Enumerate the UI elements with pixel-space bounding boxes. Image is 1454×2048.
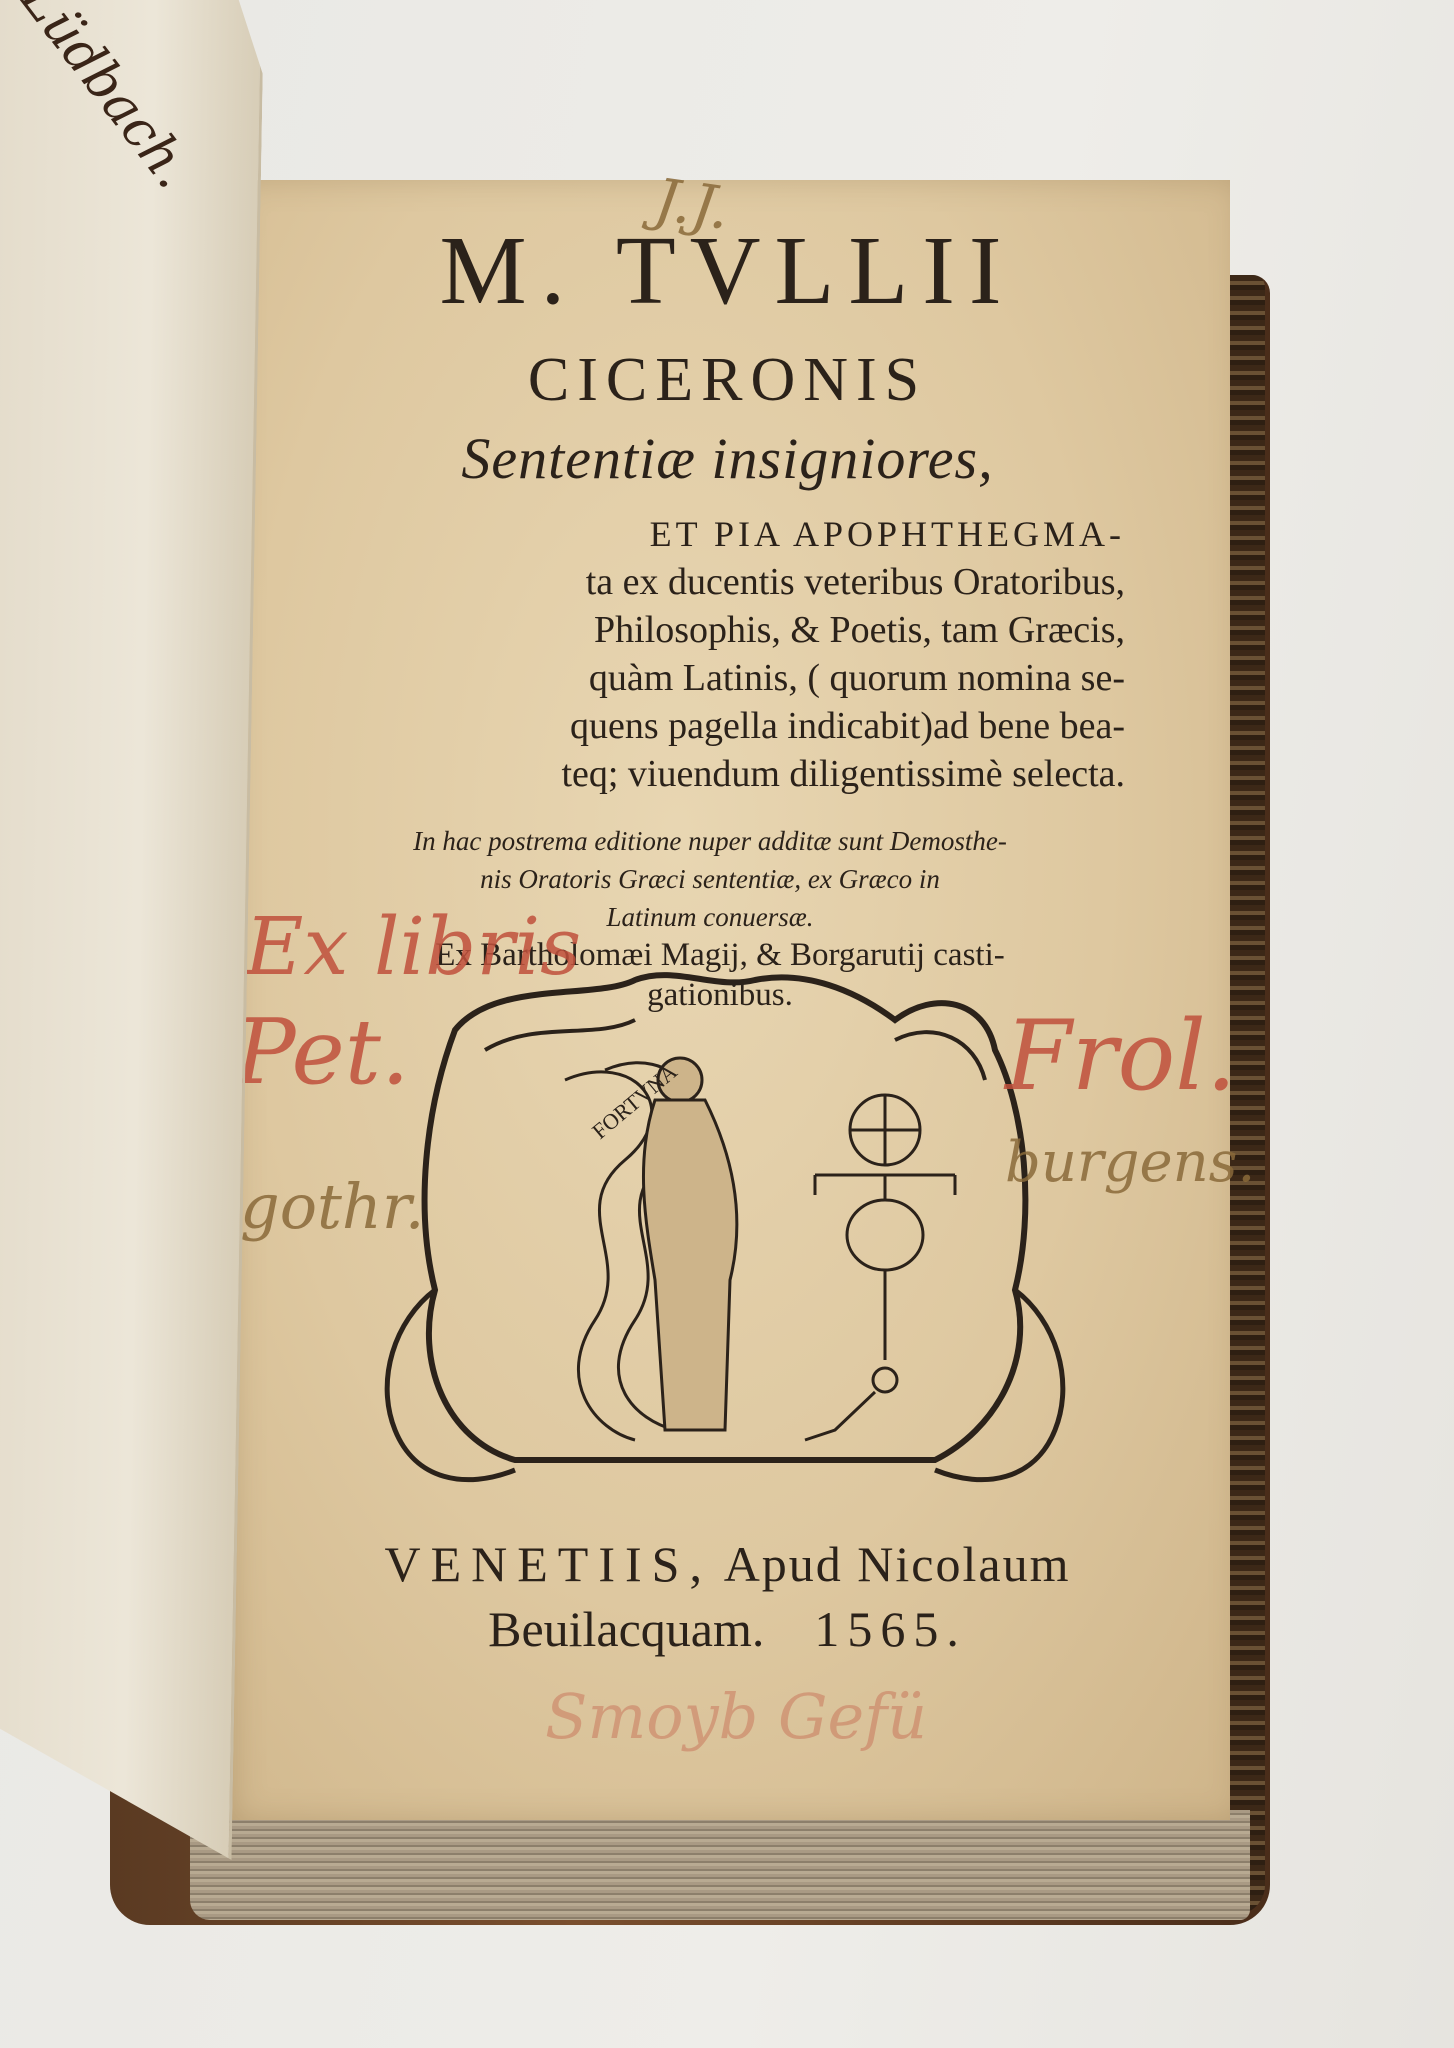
title-line-3: Sententiæ insigniores, (225, 425, 1230, 492)
annotation-pet: Pet. (235, 1000, 410, 1105)
edition-note-line: nis Oratoris Græci sententiæ, ex Græco i… (295, 860, 1125, 898)
subtitle-line: teq; viuendum diligentissimè selecta. (295, 750, 1125, 798)
subtitle-line: Philosophis, & Poetis, tam Græcis, (295, 606, 1125, 654)
imprint-line-1: VENETIIS, Apud Nicolaum (225, 1535, 1230, 1593)
subtitle-block: ET PIA APOPHTHEGMA- ta ex ducentis veter… (295, 510, 1125, 798)
imprint-line-2: Beuilacquam. 1565. (225, 1600, 1230, 1658)
subtitle-line: quens pagella indicabit)ad bene bea- (295, 702, 1125, 750)
annotation-frol: Frol. (1005, 1000, 1237, 1112)
annotation-burgens: burgens. (1005, 1130, 1255, 1195)
edition-note-line: In hac postrema editione nuper additæ su… (295, 822, 1125, 860)
flyleaf-signature: Lüdbach. (9, 0, 204, 200)
annotation-ex-libris: Ex libris (245, 900, 581, 993)
flyleaf: Lüdbach. (0, 0, 264, 1860)
imprint-printer: Apud Nicolaum (724, 1536, 1071, 1592)
title-line-1: M. TVLLII (225, 215, 1230, 327)
imprint-year: 1565. (814, 1601, 967, 1657)
subtitle-line: ta ex ducentis veteribus Oratoribus, (295, 558, 1125, 606)
annotation-faded: Smoyb Gefü (545, 1680, 927, 1753)
title-line-2: CICERONIS (225, 345, 1230, 416)
imprint-city: VENETIIS, (385, 1536, 712, 1592)
title-page: J.J. M. TVLLII CICERONIS Sententiæ insig… (225, 180, 1230, 1820)
page-block-edge (190, 1810, 1250, 1920)
subtitle-line: ET PIA APOPHTHEGMA- (295, 510, 1125, 558)
annotation-gothr: gothr. (240, 1170, 424, 1243)
subtitle-line: quàm Latinis, ( quorum nomina se- (295, 654, 1125, 702)
imprint-printer-surname: Beuilacquam. (488, 1601, 764, 1657)
printers-device-woodcut-icon: FORTVNA (335, 960, 1115, 1505)
